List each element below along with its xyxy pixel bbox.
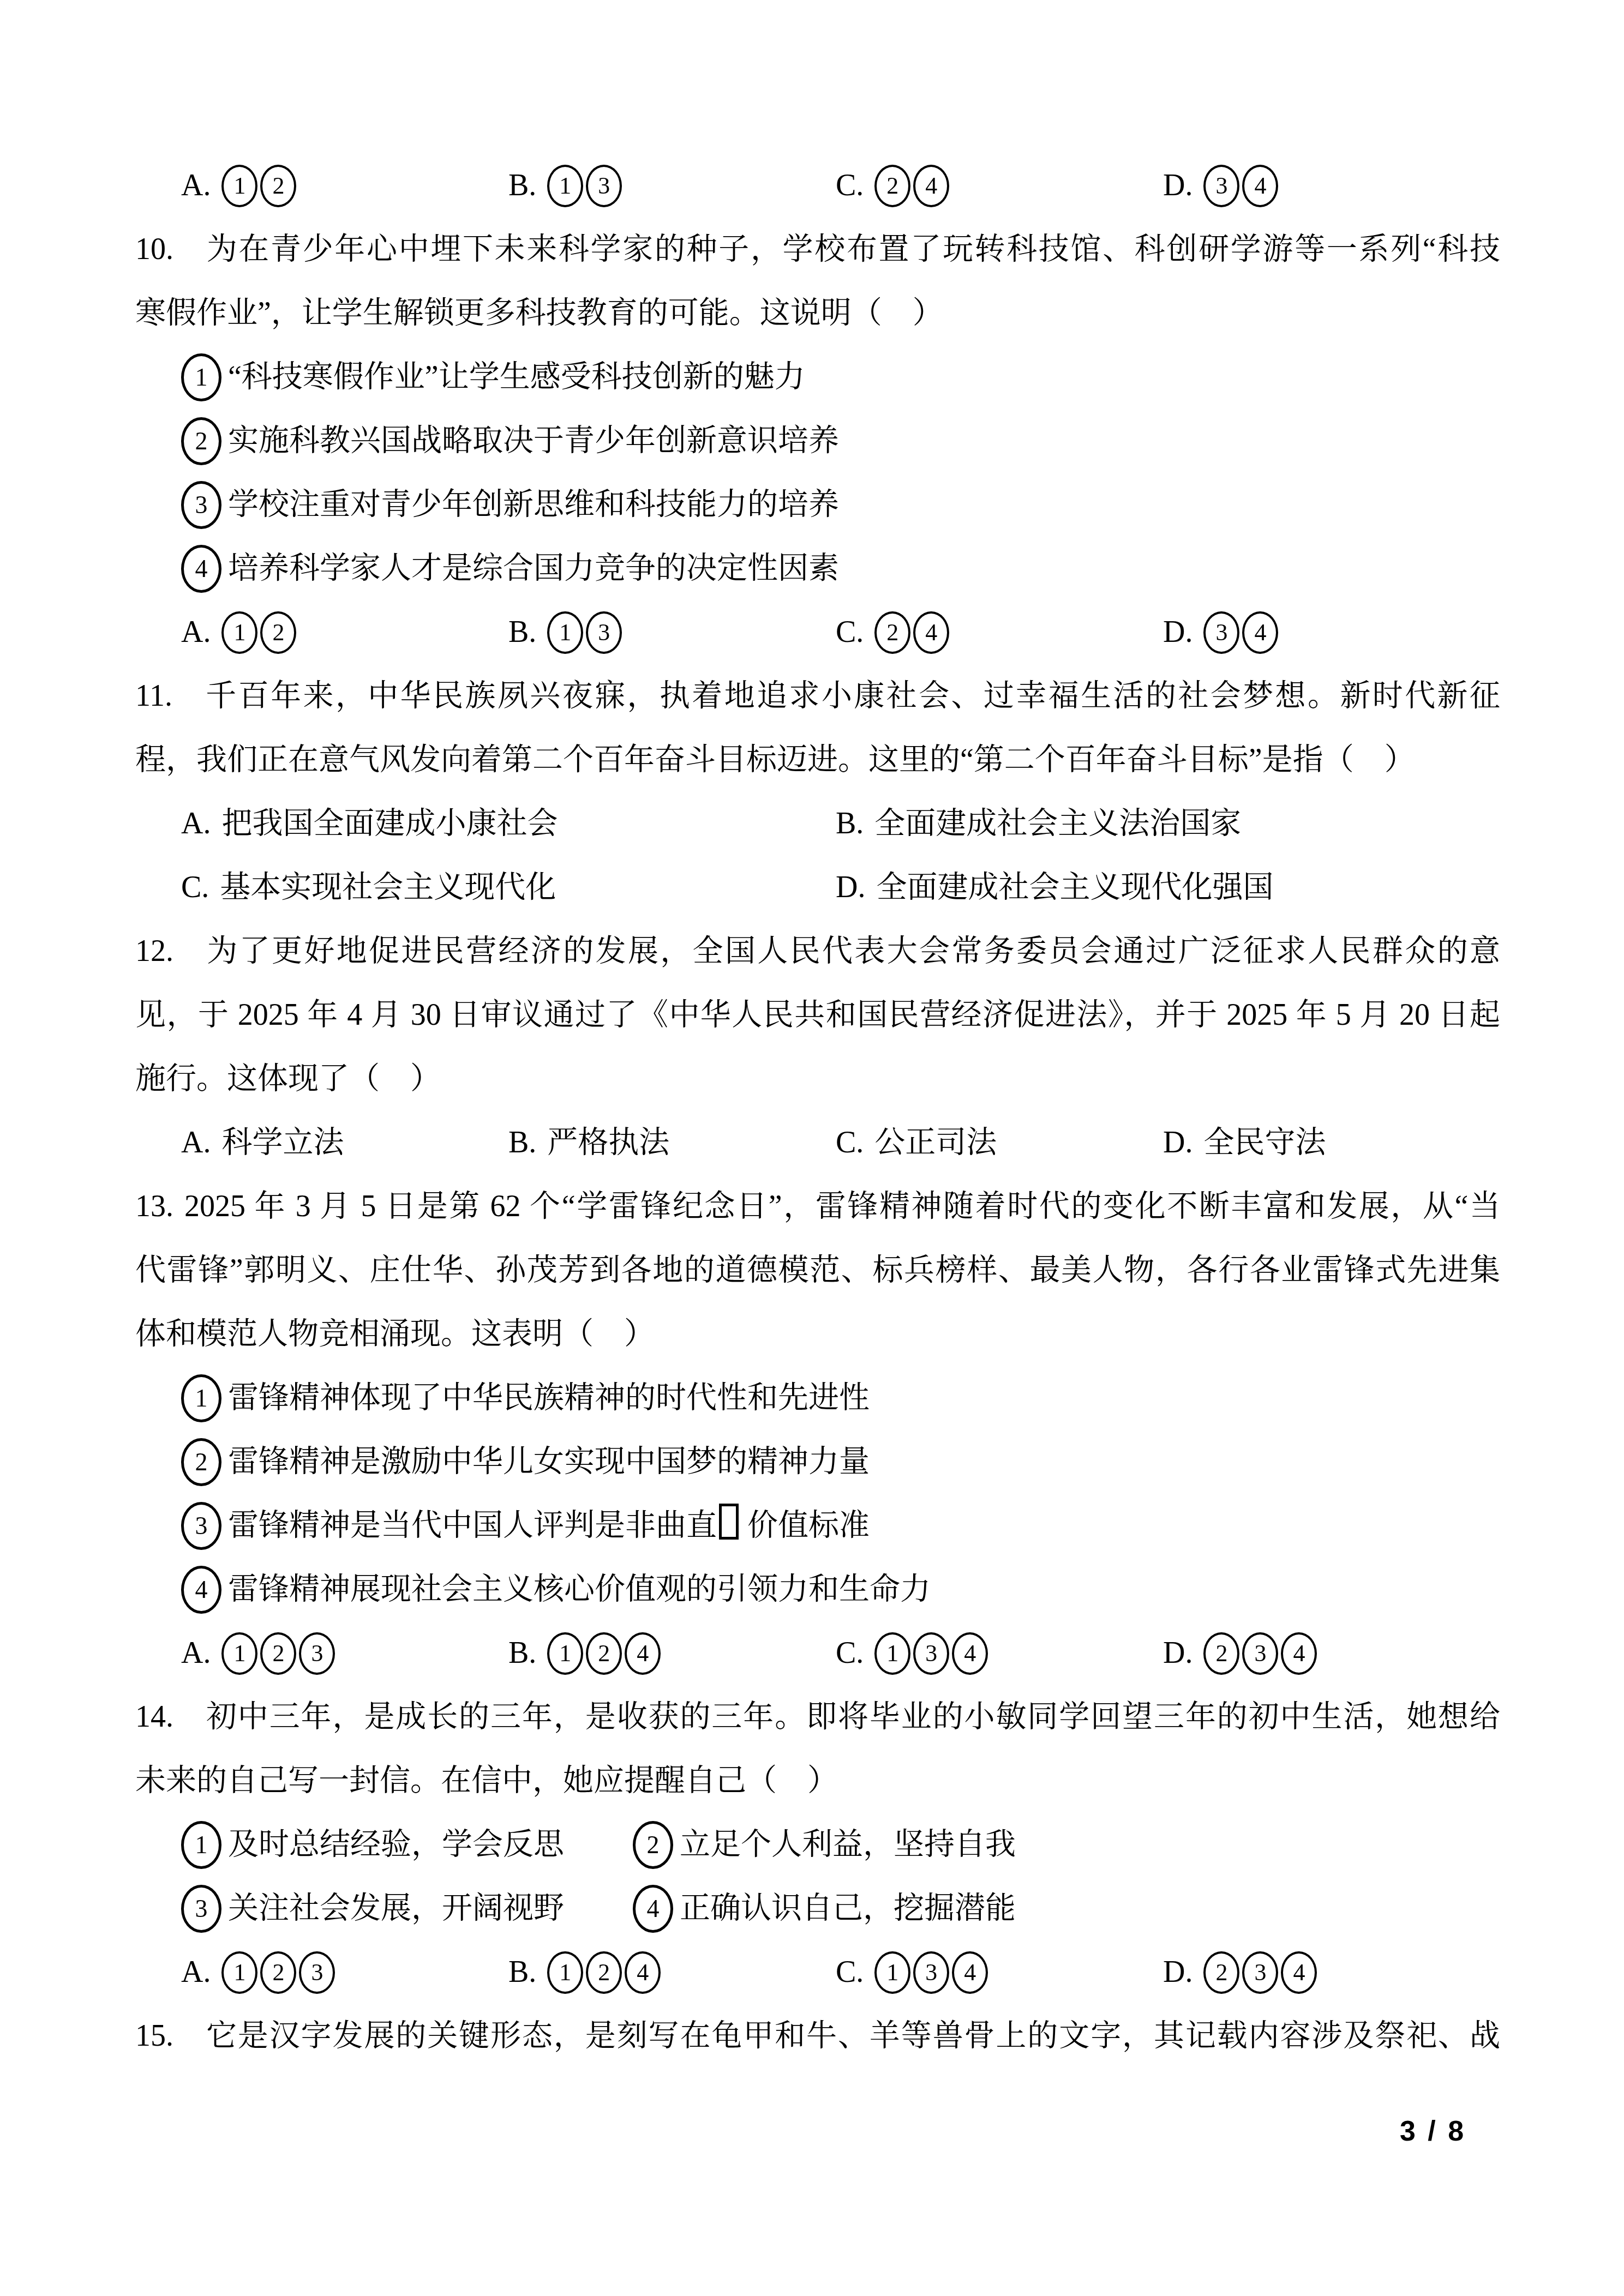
q14-item-1: 1及时总结经验，学会反思 xyxy=(181,1813,633,1877)
q9-answer-option-a: A.12 xyxy=(181,154,508,218)
item-text: 雷锋精神是当代中国人评判是非曲直价值标准 xyxy=(228,1494,870,1558)
circled-digit: 4 xyxy=(625,1951,661,1994)
q13-item-1: 1雷锋精神体现了中华民族精神的时代性和先进性 xyxy=(135,1366,1500,1430)
option-letter-b: B. xyxy=(508,1940,536,2004)
circled-digit: 3 xyxy=(1242,1951,1278,1994)
q11-option-row-2: C.基本实现社会主义现代化 D.全面建成社会主义现代化强国 xyxy=(135,856,1500,919)
option-text: 全民守法 xyxy=(1203,1111,1326,1175)
item-marker-circle: 2 xyxy=(633,1821,673,1869)
q9-answer-option-d: D.34 xyxy=(1163,154,1281,218)
item-marker-circle: 4 xyxy=(181,1566,221,1614)
item-text: 学校注重对青少年创新思维和科技能力的培养 xyxy=(228,473,839,537)
stem-text: 未来的自己写一封信。在信中，她应提醒自己（ ） xyxy=(135,1764,838,1798)
question-number: 10. xyxy=(135,218,173,281)
option-letter-a: A. xyxy=(181,792,211,856)
q11-stem-line-2: 程，我们正在意气风发向着第二个百年奋斗目标迈进。这里的“第二个百年奋斗目标”是指… xyxy=(135,728,1500,792)
circled-digit: 1 xyxy=(221,165,257,207)
stem-text: 为了更好地促进民营经济的发展，全国人民代表大会常务委员会通过广泛征求人民群众的意 xyxy=(205,934,1500,968)
q14-answer-option-c: C.134 xyxy=(836,1940,1163,2004)
q10-item-4: 4培养科学家人才是综合国力竞争的决定性因素 xyxy=(135,537,1500,600)
q12-stem-line-2: 见，于 2025 年 4 月 30 日审议通过了《中华人民共和国民营经济促进法》… xyxy=(135,983,1500,1047)
circled-digit: 4 xyxy=(913,611,949,654)
stem-text: 为在青少年心中埋下未来科学家的种子，学校布置了玩转科技馆、科创研学游等一系列“科… xyxy=(205,232,1500,266)
q9-answer-option-c: C.24 xyxy=(836,154,1163,218)
item-marker-circle: 2 xyxy=(181,1438,221,1486)
q10-answer-option-d: D.34 xyxy=(1163,600,1281,664)
stem-text: 体和模范人物竞相涌现。这表明（ ） xyxy=(135,1317,655,1351)
option-letter-d: D. xyxy=(1163,600,1192,664)
item-text: 及时总结经验，学会反思 xyxy=(228,1813,564,1877)
option-letter-b: B. xyxy=(508,600,536,664)
option-letter-a: A. xyxy=(181,1621,211,1685)
question-number: 11. xyxy=(135,664,172,728)
option-text: 全面建成社会主义法治国家 xyxy=(874,792,1241,856)
page-number-indicator: 3 / 8 xyxy=(1400,2115,1466,2148)
option-letter-d: D. xyxy=(1163,1621,1192,1685)
item-marker-circle: 3 xyxy=(181,1502,221,1550)
q10-answer-option-a: A.12 xyxy=(181,600,508,664)
stem-text: 初中三年，是成长的三年，是收获的三年。即将毕业的小敏同学回望三年的初中生活，她想… xyxy=(205,1700,1500,1734)
item-text-pre: 雷锋精神是当代中国人评判是非曲直 xyxy=(228,1508,717,1542)
circled-digit: 3 xyxy=(1242,1632,1278,1675)
option-text: 科学立法 xyxy=(221,1111,344,1175)
option-letter-a: A. xyxy=(181,600,211,664)
q13-item-2: 2雷锋精神是激励中华儿女实现中国梦的精神力量 xyxy=(135,1430,1500,1494)
item-marker-circle: 1 xyxy=(181,1821,221,1869)
circled-digit: 4 xyxy=(913,165,949,207)
option-letter-b: B. xyxy=(508,154,536,218)
circled-digit: 3 xyxy=(1203,165,1239,207)
question-number: 13. xyxy=(135,1175,173,1239)
circled-digit: 2 xyxy=(586,1632,622,1675)
q10-item-1: 1“科技寒假作业”让学生感受科技创新的魅力 xyxy=(135,345,1500,409)
stem-text: 施行。这体现了（ ） xyxy=(135,1062,441,1096)
option-letter-b: B. xyxy=(508,1111,536,1175)
stem-text: 寒假作业”，让学生解锁更多科技教育的可能。这说明（ ） xyxy=(135,296,943,330)
q12-stem-line-1: 12.为了更好地促进民营经济的发展，全国人民代表大会常务委员会通过广泛征求人民群… xyxy=(135,919,1500,983)
circled-digit: 1 xyxy=(547,165,583,207)
q14-item-row-1: 1及时总结经验，学会反思 2立足个人利益，坚持自我 xyxy=(135,1813,1500,1877)
item-text: 实施科教兴国战略取决于青少年创新意识培养 xyxy=(228,409,839,473)
option-letter-c: C. xyxy=(181,856,209,919)
q12-option-row: A.科学立法 B.严格执法 C.公正司法 D.全民守法 xyxy=(135,1111,1500,1175)
option-text: 基本实现社会主义现代化 xyxy=(220,856,556,919)
item-text: 雷锋精神体现了中华民族精神的时代性和先进性 xyxy=(228,1366,870,1430)
circled-digit: 4 xyxy=(1281,1632,1317,1675)
option-text: 全面建成社会主义现代化强国 xyxy=(876,856,1273,919)
circled-digit: 4 xyxy=(1281,1951,1317,1994)
option-letter-d: D. xyxy=(1163,1940,1192,2004)
item-marker-circle: 4 xyxy=(181,545,221,593)
circled-digit: 4 xyxy=(1242,165,1278,207)
circled-digit: 2 xyxy=(874,165,910,207)
q14-answer-option-a: A.123 xyxy=(181,1940,508,2004)
q13-answer-option-c: C.134 xyxy=(836,1621,1163,1685)
circled-digit: 1 xyxy=(547,611,583,654)
q10-answer-option-b: B.13 xyxy=(508,600,836,664)
q9-answer-option-b: B.13 xyxy=(508,154,836,218)
q12-stem-line-3: 施行。这体现了（ ） xyxy=(135,1047,1500,1111)
stem-text: 代雷锋”郭明义、庄仕华、孙茂芳到各地的道德模范、标兵榜样、最美人物，各行各业雷锋… xyxy=(135,1253,1500,1287)
q10-answer-option-c: C.24 xyxy=(836,600,1163,664)
q14-stem-line-1: 14.初中三年，是成长的三年，是收获的三年。即将毕业的小敏同学回望三年的初中生活… xyxy=(135,1685,1500,1749)
q14-stem-line-2: 未来的自己写一封信。在信中，她应提醒自己（ ） xyxy=(135,1749,1500,1813)
missing-glyph-box xyxy=(719,1504,739,1540)
stem-text: 千百年来，中华民族夙兴夜寐，执着地追求小康社会、过幸福生活的社会梦想。新时代新征 xyxy=(204,679,1500,713)
q14-answer-option-b: B.124 xyxy=(508,1940,836,2004)
circled-digit: 2 xyxy=(260,1632,296,1675)
circled-digit: 1 xyxy=(874,1951,910,1994)
q13-answer-row: A.123 B.124 C.134 D.234 xyxy=(135,1621,1500,1685)
circled-digit: 2 xyxy=(874,611,910,654)
q11-option-c: C.基本实现社会主义现代化 xyxy=(181,856,836,919)
q13-stem-line-2: 代雷锋”郭明义、庄仕华、孙茂芳到各地的道德模范、标兵榜样、最美人物，各行各业雷锋… xyxy=(135,1239,1500,1302)
q14-item-4: 4正确认识自己，挖掘潜能 xyxy=(633,1877,1016,1940)
q10-stem-line-2: 寒假作业”，让学生解锁更多科技教育的可能。这说明（ ） xyxy=(135,281,1500,345)
stem-text: 程，我们正在意气风发向着第二个百年奋斗目标迈进。这里的“第二个百年奋斗目标”是指… xyxy=(135,743,1415,777)
option-letter-d: D. xyxy=(1163,1111,1192,1175)
circled-digit: 1 xyxy=(547,1632,583,1675)
question-number: 15. xyxy=(135,2004,173,2068)
q11-option-a: A.把我国全面建成小康社会 xyxy=(181,792,836,856)
item-text: 培养科学家人才是综合国力竞争的决定性因素 xyxy=(228,537,839,600)
option-text: 把我国全面建成小康社会 xyxy=(221,792,558,856)
circled-digit: 2 xyxy=(260,1951,296,1994)
stem-text: 2025 年 3 月 5 日是第 62 个“学雷锋纪念日”，雷锋精神随着时代的变… xyxy=(184,1189,1500,1223)
circled-digit: 3 xyxy=(586,611,622,654)
question-number: 14. xyxy=(135,1685,173,1749)
circled-digit: 2 xyxy=(586,1951,622,1994)
circled-digit: 4 xyxy=(625,1632,661,1675)
q14-answer-option-d: D.234 xyxy=(1163,1940,1320,2004)
q12-option-c: C.公正司法 xyxy=(836,1111,1163,1175)
option-letter-d: D. xyxy=(836,856,865,919)
q13-stem-line-3: 体和模范人物竞相涌现。这表明（ ） xyxy=(135,1302,1500,1366)
option-letter-c: C. xyxy=(836,1940,864,2004)
q10-answer-row: A.12 B.13 C.24 D.34 xyxy=(135,600,1500,664)
circled-digit: 1 xyxy=(874,1632,910,1675)
item-marker-circle: 2 xyxy=(181,417,221,465)
option-letter-c: C. xyxy=(836,154,864,218)
item-marker-circle: 1 xyxy=(181,353,221,401)
option-letter-b: B. xyxy=(836,792,864,856)
circled-digit: 3 xyxy=(586,165,622,207)
circled-digit: 2 xyxy=(1203,1951,1239,1994)
circled-digit: 3 xyxy=(913,1951,949,1994)
stem-text: 它是汉字发展的关键形态，是刻写在龟甲和牛、羊等兽骨上的文字，其记载内容涉及祭祀、… xyxy=(205,2019,1500,2053)
option-letter-a: A. xyxy=(181,1940,211,2004)
item-marker-circle: 3 xyxy=(181,1885,221,1933)
q9-answer-row: A.12 B.13 C.24 D.34 xyxy=(135,154,1500,218)
circled-digit: 2 xyxy=(1203,1632,1239,1675)
q14-answer-row: A.123 B.124 C.134 D.234 xyxy=(135,1940,1500,2004)
option-text: 严格执法 xyxy=(547,1111,669,1175)
circled-digit: 4 xyxy=(952,1632,988,1675)
q14-item-2: 2立足个人利益，坚持自我 xyxy=(633,1813,1016,1877)
circled-digit: 4 xyxy=(1242,611,1278,654)
circled-digit: 2 xyxy=(260,165,296,207)
option-letter-c: C. xyxy=(836,1621,864,1685)
item-text: 关注社会发展，开阔视野 xyxy=(228,1877,564,1940)
q11-option-d: D.全面建成社会主义现代化强国 xyxy=(836,856,1273,919)
q13-item-4: 4雷锋精神展现社会主义核心价值观的引领力和生命力 xyxy=(135,1558,1500,1621)
circled-digit: 1 xyxy=(221,1632,257,1675)
q12-option-a: A.科学立法 xyxy=(181,1111,508,1175)
question-number: 12. xyxy=(135,919,173,983)
q14-item-row-2: 3关注社会发展，开阔视野 4正确认识自己，挖掘潜能 xyxy=(135,1877,1500,1940)
stem-text: 见，于 2025 年 4 月 30 日审议通过了《中华人民共和国民营经济促进法》… xyxy=(135,998,1500,1032)
item-marker-circle: 3 xyxy=(181,481,221,529)
circled-digit: 1 xyxy=(221,1951,257,1994)
circled-digit: 2 xyxy=(260,611,296,654)
option-letter-c: C. xyxy=(836,1111,864,1175)
option-text: 公正司法 xyxy=(874,1111,997,1175)
q10-item-2: 2实施科教兴国战略取决于青少年创新意识培养 xyxy=(135,409,1500,473)
option-letter-a: A. xyxy=(181,154,211,218)
circled-digit: 1 xyxy=(547,1951,583,1994)
q13-stem-line-1: 13.2025 年 3 月 5 日是第 62 个“学雷锋纪念日”，雷锋精神随着时… xyxy=(135,1175,1500,1239)
q11-option-b: B.全面建成社会主义法治国家 xyxy=(836,792,1241,856)
q12-option-d: D.全民守法 xyxy=(1163,1111,1326,1175)
item-text: 雷锋精神是激励中华儿女实现中国梦的精神力量 xyxy=(228,1430,870,1494)
q10-item-3: 3学校注重对青少年创新思维和科技能力的培养 xyxy=(135,473,1500,537)
q12-option-b: B.严格执法 xyxy=(508,1111,836,1175)
q13-item-3: 3雷锋精神是当代中国人评判是非曲直价值标准 xyxy=(135,1494,1500,1558)
circled-digit: 4 xyxy=(952,1951,988,1994)
q11-option-row-1: A.把我国全面建成小康社会 B.全面建成社会主义法治国家 xyxy=(135,792,1500,856)
item-text: “科技寒假作业”让学生感受科技创新的魅力 xyxy=(228,345,805,409)
q13-answer-option-b: B.124 xyxy=(508,1621,836,1685)
option-letter-c: C. xyxy=(836,600,864,664)
circled-digit: 3 xyxy=(1203,611,1239,654)
item-text: 雷锋精神展现社会主义核心价值观的引领力和生命力 xyxy=(228,1558,931,1621)
option-letter-d: D. xyxy=(1163,154,1192,218)
questions-area: A.12 B.13 C.24 D.34 10.为在青少年心中埋下未来科学家的种子… xyxy=(135,154,1500,2068)
item-marker-circle: 4 xyxy=(633,1885,673,1933)
item-text: 立足个人利益，坚持自我 xyxy=(680,1813,1016,1877)
item-text: 正确认识自己，挖掘潜能 xyxy=(680,1877,1016,1940)
q13-answer-option-d: D.234 xyxy=(1163,1621,1320,1685)
circled-digit: 1 xyxy=(221,611,257,654)
q10-stem-line-1: 10.为在青少年心中埋下未来科学家的种子，学校布置了玩转科技馆、科创研学游等一系… xyxy=(135,218,1500,281)
q11-stem-line-1: 11.千百年来，中华民族夙兴夜寐，执着地追求小康社会、过幸福生活的社会梦想。新时… xyxy=(135,664,1500,728)
circled-digit: 3 xyxy=(913,1632,949,1675)
circled-digit: 3 xyxy=(299,1632,335,1675)
item-marker-circle: 1 xyxy=(181,1374,221,1422)
circled-digit: 3 xyxy=(299,1951,335,1994)
option-letter-a: A. xyxy=(181,1111,211,1175)
q14-item-3: 3关注社会发展，开阔视野 xyxy=(181,1877,633,1940)
option-letter-b: B. xyxy=(508,1621,536,1685)
q13-answer-option-a: A.123 xyxy=(181,1621,508,1685)
item-text-post: 价值标准 xyxy=(747,1508,870,1542)
q15-stem-line-1: 15.它是汉字发展的关键形态，是刻写在龟甲和牛、羊等兽骨上的文字，其记载内容涉及… xyxy=(135,2004,1500,2068)
